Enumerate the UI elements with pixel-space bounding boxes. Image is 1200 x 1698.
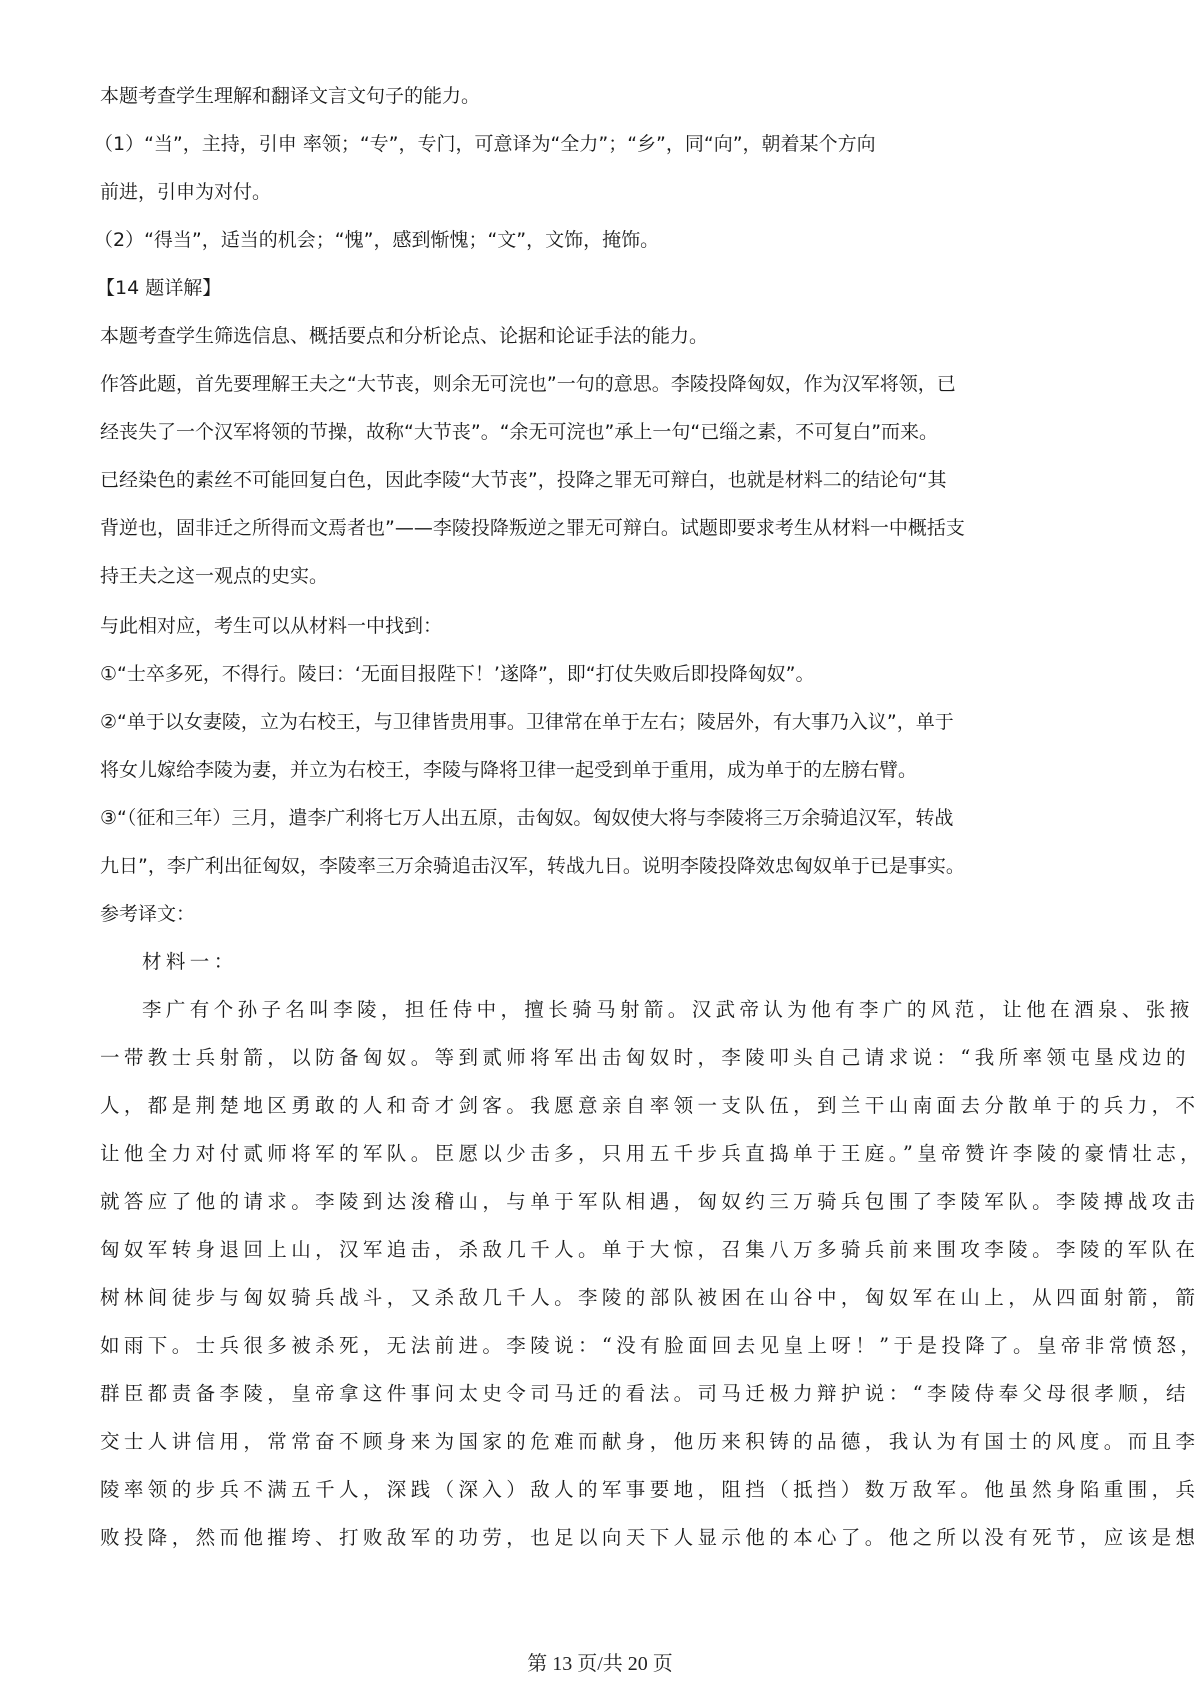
q13-item2: （2）“得当”，适当的机会；“愧”，感到惭愧；“文”，文饰，掩饰。 bbox=[94, 230, 659, 250]
q14-intro: 本题考查学生筛选信息、概括要点和分析论点、论据和论证手法的能力。 bbox=[100, 326, 708, 346]
q14-paragraph-line: 已经染色的素丝不可能回复白色，因此李陵“大节丧”，投降之罪无可辩白，也就是材料二… bbox=[100, 470, 947, 490]
q14-lead: 与此相对应，考生可以从材料一中找到： bbox=[100, 616, 442, 636]
material-label: 材料一： bbox=[142, 952, 238, 972]
translation-line: 如雨下。士兵很多被杀死，无法前进。李陵说：“没有脸面回去见皇上呀！”于是投降了。… bbox=[100, 1336, 1200, 1356]
q13-item1-line2: 前进，引申为对付。 bbox=[100, 182, 271, 202]
translation-line: 让他全力对付贰师将军的军队。臣愿以少击多，只用五千步兵直捣单于王庭。”皇帝赞许李… bbox=[100, 1144, 1200, 1164]
translation-line: 匈奴军转身退回上山，汉军追击，杀敌几千人。单于大惊，召集八万多骑兵前来围攻李陵。… bbox=[100, 1240, 1199, 1260]
translation-line: 树林间徒步与匈奴骑兵战斗，又杀敌几千人。李陵的部队被困在山谷中，匈奴军在山上，从… bbox=[100, 1288, 1199, 1308]
translation-line: 群臣都责备李陵，皇帝拿这件事问太史令司马迁的看法。司马迁极力辩护说：“李陵侍奉父… bbox=[100, 1384, 1190, 1404]
page-number-footer: 第 13 页/共 20 页 bbox=[0, 1647, 1200, 1676]
q14-paragraph-line: 作答此题，首先要理解王夫之“大节丧，则余无可浣也”一句的意思。李陵投降匈奴，作为… bbox=[100, 374, 956, 394]
translation-line: 人，都是荆楚地区勇敢的人和奇才剑客。我愿意亲自率领一支队伍，到兰干山南面去分散单… bbox=[100, 1096, 1199, 1116]
translation-heading: 参考译文： bbox=[100, 904, 195, 924]
translation-line: 一带教士兵射箭，以防备匈奴。等到贰师将军出击匈奴时，李陵叩头自己请求说：“我所率… bbox=[100, 1048, 1190, 1068]
q14-heading: 【14 题详解】 bbox=[96, 278, 221, 298]
q14-paragraph-line: 持王夫之这一观点的史实。 bbox=[100, 566, 328, 586]
translation-line: 就答应了他的请求。李陵到达浚稽山，与单于军队相遇，匈奴约三万骑兵包围了李陵军队。… bbox=[100, 1192, 1200, 1212]
q14-point-3-line: ③“（征和三年）三月，遣李广利将七万人出五原，击匈奴。匈奴使大将与李陵将三万余骑… bbox=[100, 808, 953, 828]
q13-item1-line1: （1）“当”，主持，引申 率领；“专”，专门，可意译为“全力”；“乡”，同“向”… bbox=[94, 134, 876, 154]
q14-paragraph-line: 背逆也，固非迁之所得而文焉者也”——李陵投降叛逆之罪无可辩白。试题即要求考生从材… bbox=[100, 518, 965, 538]
q14-point-2-line: ②“单于以女妻陵，立为右校王，与卫律皆贵用事。卫律常在单于左右；陵居外，有大事乃… bbox=[100, 712, 954, 732]
q14-paragraph-line: 经丧失了一个汉军将领的节操，故称“大节丧”。“余无可浣也”承上一句“已缁之素，不… bbox=[100, 422, 938, 442]
translation-line: 陵率领的步兵不满五千人，深践（深入）敌人的军事要地，阻挡（抵挡）数万敌军。他虽然… bbox=[100, 1480, 1199, 1500]
q14-point-2-line: 将女儿嫁给李陵为妻，并立为右校王，李陵与降将卫律一起受到单于重用，成为单于的左膀… bbox=[100, 760, 917, 780]
translation-line: 交士人讲信用，常常奋不顾身来为国家的危难而献身，他历来积铸的品德，我认为有国士的… bbox=[100, 1432, 1199, 1452]
q13-intro: 本题考查学生理解和翻译文言文句子的能力。 bbox=[100, 86, 480, 106]
document-page: 本题考查学生理解和翻译文言文句子的能力。 （1）“当”，主持，引申 率领；“专”… bbox=[0, 0, 1200, 1698]
translation-line: 败投降，然而他摧垮、打败敌军的功劳，也足以向天下人显示他的本心了。他之所以没有死… bbox=[100, 1528, 1199, 1548]
q14-point-3-line: 九日”，李广利出征匈奴，李陵率三万余骑追击汉军，转战九日。说明李陵投降效忠匈奴单… bbox=[100, 856, 965, 876]
translation-line: 李广有个孙子名叫李陵，担任侍中，擅长骑马射箭。汉武帝认为他有李广的风范，让他在酒… bbox=[142, 1000, 1194, 1020]
q14-point-1: ①“士卒多死，不得行。陵曰：‘无面目报陛下！’遂降”，即“打仗失败后即投降匈奴”… bbox=[100, 664, 815, 684]
